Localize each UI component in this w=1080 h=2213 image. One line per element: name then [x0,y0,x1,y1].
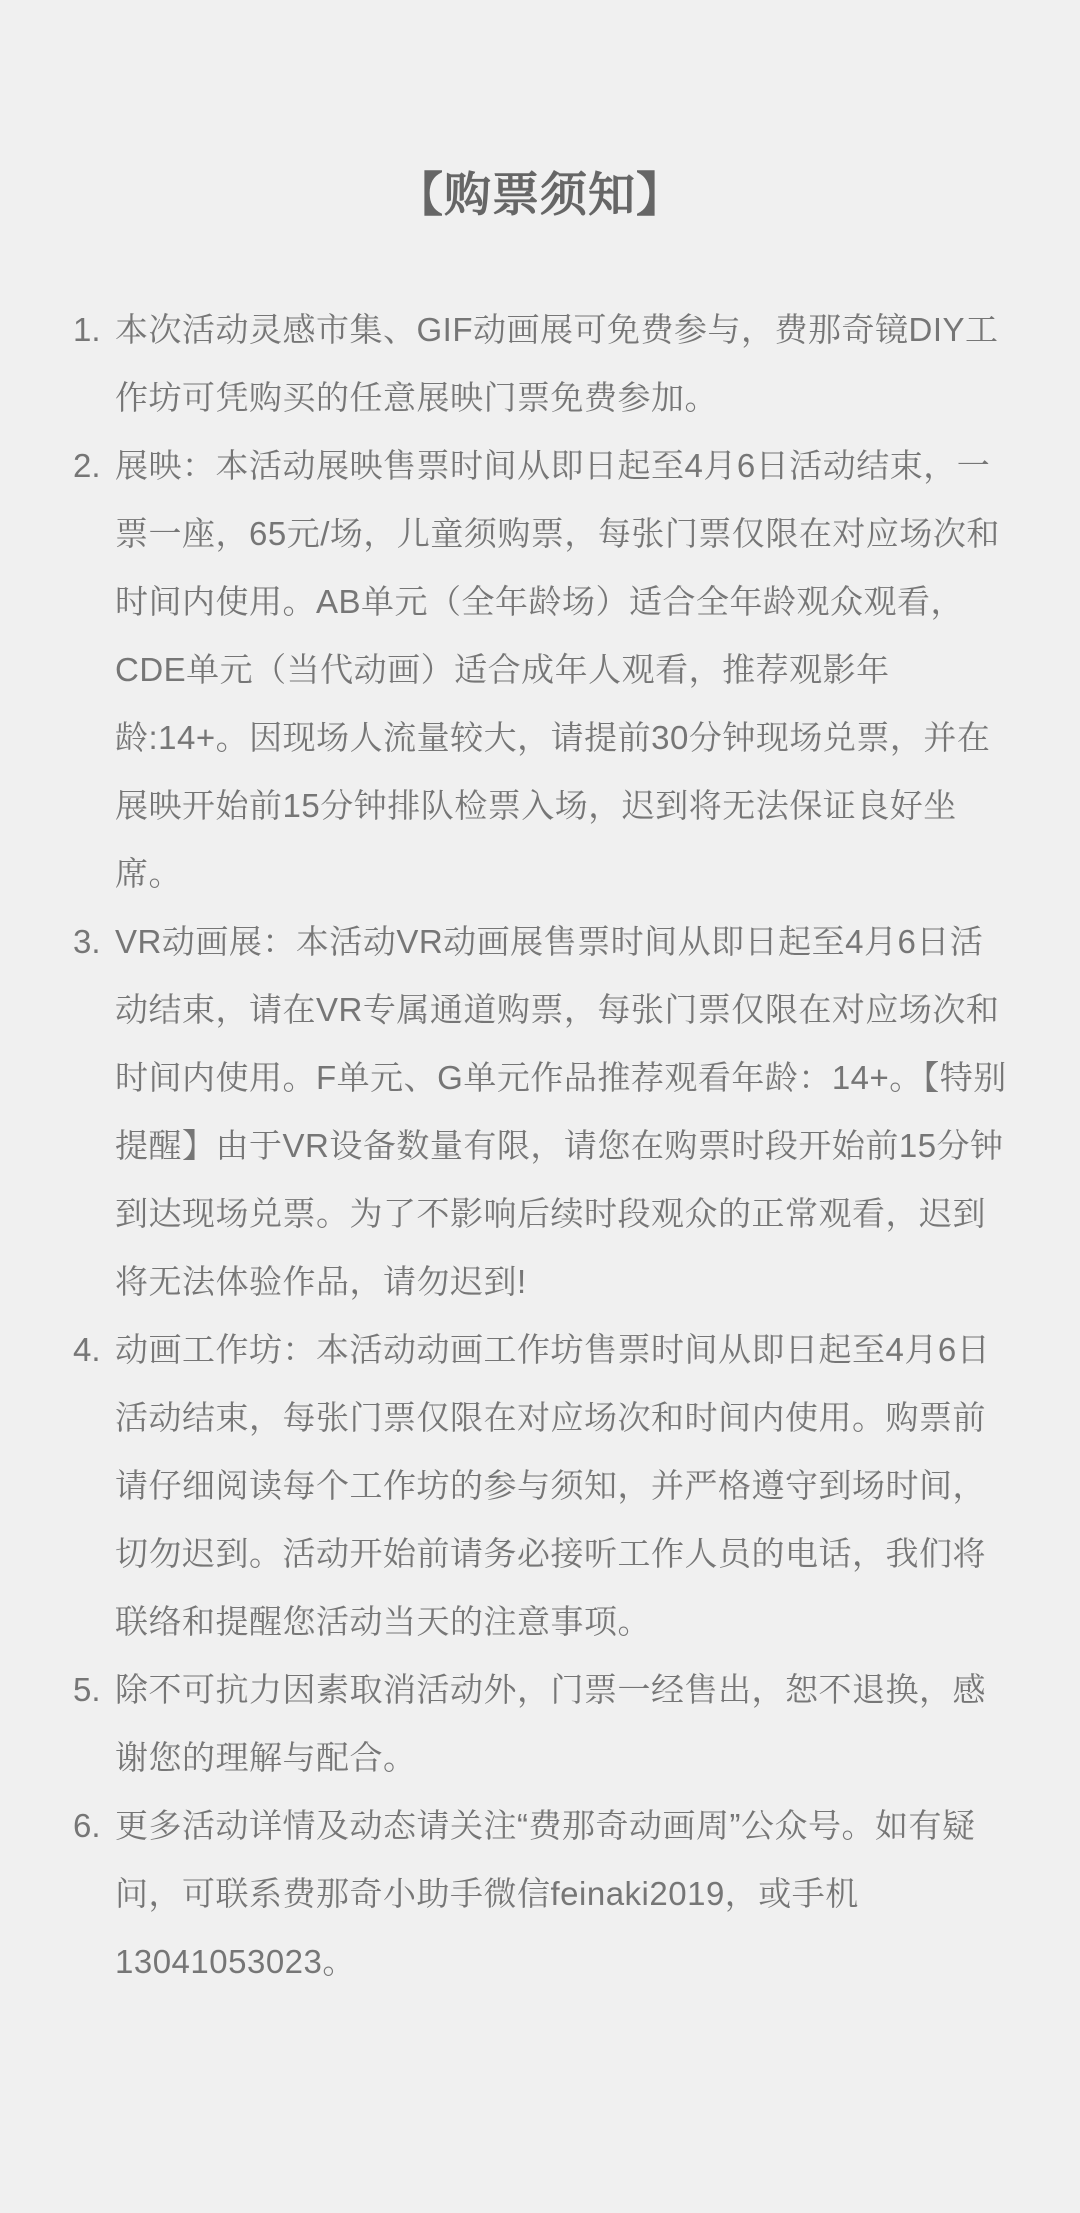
notice-list: 1. 本次活动灵感市集、GIF动画展可免费参与，费那奇镜DIY工作坊可凭购买的任… [0,296,1080,1996]
notice-item: 3. VR动画展：本活动VR动画展售票时间从即日起至4月6日活动结束，请在VR专… [73,908,1014,1316]
ticket-notice-page: 【购票须知】 1. 本次活动灵感市集、GIF动画展可免费参与，费那奇镜DIY工作… [0,0,1080,2213]
item-text: 更多活动详情及动态请关注“费那奇动画周”公众号。如有疑问，可联系费那奇小助手微信… [115,1792,1014,1996]
item-number: 4. [73,1316,115,1384]
item-number: 5. [73,1656,115,1724]
item-text: VR动画展：本活动VR动画展售票时间从即日起至4月6日活动结束，请在VR专属通道… [115,908,1014,1316]
item-text: 本次活动灵感市集、GIF动画展可免费参与，费那奇镜DIY工作坊可凭购买的任意展映… [115,296,1014,432]
item-number: 6. [73,1792,115,1860]
notice-item: 2. 展映：本活动展映售票时间从即日起至4月6日活动结束，一票一座，65元/场，… [73,432,1014,908]
notice-item: 4. 动画工作坊：本活动动画工作坊售票时间从即日起至4月6日活动结束，每张门票仅… [73,1316,1014,1656]
item-number: 2. [73,432,115,500]
item-number: 3. [73,908,115,976]
notice-item: 6. 更多活动详情及动态请关注“费那奇动画周”公众号。如有疑问，可联系费那奇小助… [73,1792,1014,1996]
page-title: 【购票须知】 [0,166,1080,224]
item-text: 展映：本活动展映售票时间从即日起至4月6日活动结束，一票一座，65元/场，儿童须… [115,432,1014,908]
notice-item: 5. 除不可抗力因素取消活动外，门票一经售出，恕不退换，感谢您的理解与配合。 [73,1656,1014,1792]
notice-item: 1. 本次活动灵感市集、GIF动画展可免费参与，费那奇镜DIY工作坊可凭购买的任… [73,296,1014,432]
item-number: 1. [73,296,115,364]
item-text: 除不可抗力因素取消活动外，门票一经售出，恕不退换，感谢您的理解与配合。 [115,1656,1014,1792]
item-text: 动画工作坊：本活动动画工作坊售票时间从即日起至4月6日活动结束，每张门票仅限在对… [115,1316,1014,1656]
